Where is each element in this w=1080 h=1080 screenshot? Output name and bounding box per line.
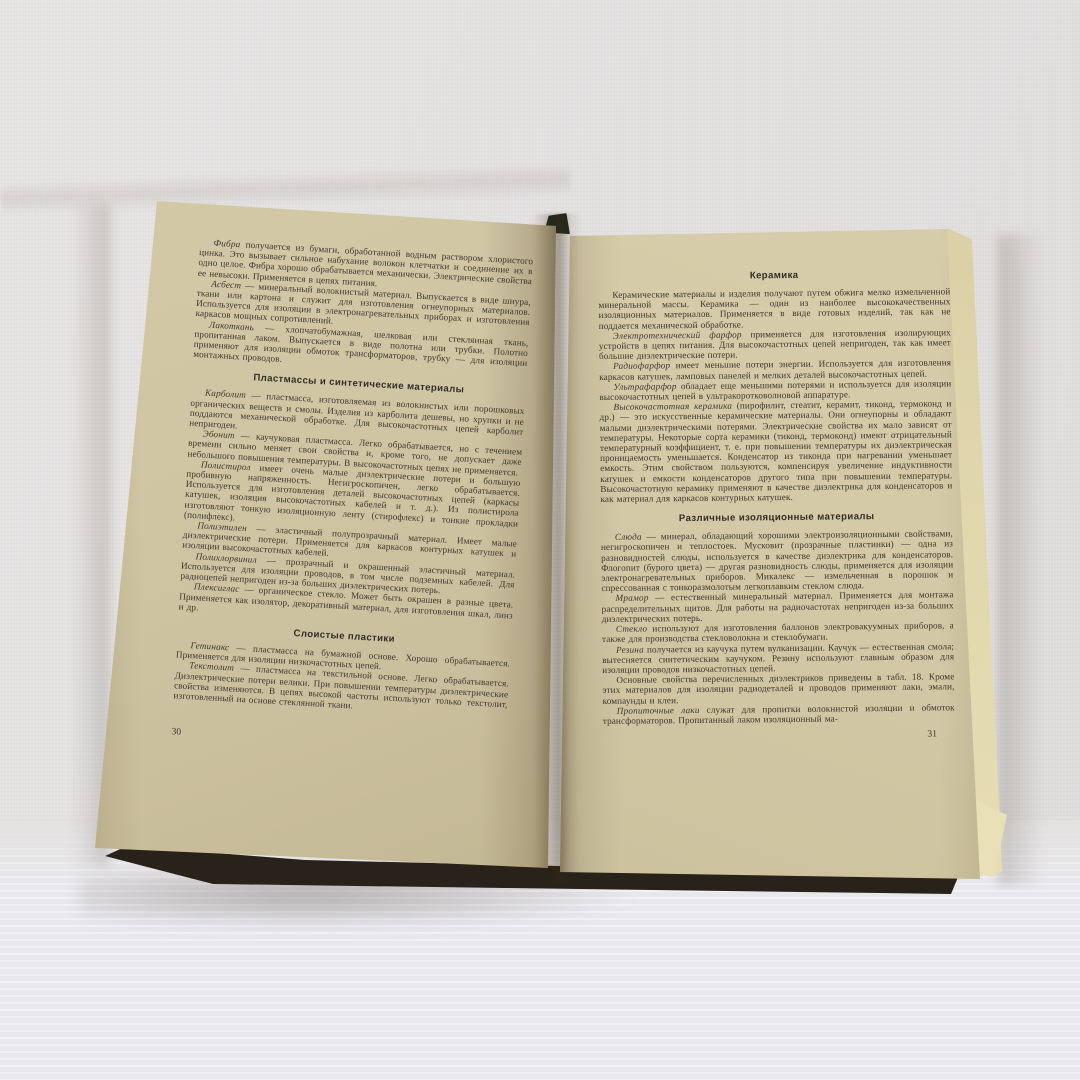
page-number-right: 31 (603, 728, 955, 743)
book-right-soft-shadow (998, 235, 1060, 885)
paragraph-lead: Полихлорвинил (195, 551, 257, 565)
paragraph-lead: Стекло (616, 624, 647, 634)
page-number-left: 30 (171, 726, 505, 756)
paragraph-lead: Мрамор (615, 593, 648, 603)
book-gutter-shadow (533, 214, 581, 882)
paragraph: Высокочастотная керамика (пирофилит, сте… (599, 399, 952, 505)
right-page-text: КерамикаКерамические материалы и изделия… (598, 258, 955, 743)
paragraph: Мрамор — естественный минеральный матери… (601, 590, 953, 624)
paragraph-lead: Асбест (211, 279, 241, 291)
paragraph-lead: Гетинакс (190, 640, 229, 652)
paragraph-lead: Резина (616, 644, 644, 654)
paragraph: Керамические материалы и изделия получаю… (598, 286, 950, 330)
left-page-content: Фибра получается из бумаги, обработанной… (173, 237, 533, 720)
paragraph: Электротехнический фарфор применяется дл… (599, 327, 951, 361)
section-heading: Различные изоляционные материалы (601, 511, 953, 526)
paragraph-lead: Эбонит (202, 429, 235, 441)
photo-open-book-scene: Фибра получается из бумаги, обработанной… (0, 0, 1080, 1080)
paragraph-lead: Лакоткань (209, 319, 255, 332)
right-page: КерамикаКерамические материалы и изделия… (548, 220, 1003, 892)
paragraph-lead: Плексиглас (194, 582, 240, 595)
paragraph-lead: Фибра (213, 238, 240, 250)
paragraph-lead: Радиофарфор (613, 361, 670, 372)
right-page-content: КерамикаКерамические материалы и изделия… (598, 268, 955, 726)
paragraph-lead: Электротехнический фарфор (613, 329, 742, 340)
paragraph: Резина получается из каучука путем вулка… (602, 641, 954, 675)
section-heading: Керамика (598, 268, 950, 283)
book-left-soft-shadow (60, 205, 110, 865)
paragraph-lead: Полистирол (201, 459, 251, 472)
left-page-text: Фибра получается из бумаги, обработанной… (171, 237, 533, 757)
paragraph-lead: Полиэтилен (197, 520, 247, 533)
paragraph-lead: Карболит (205, 388, 247, 400)
paragraph: Пропиточные лаки служат для пропитки вол… (603, 702, 955, 726)
paragraph-lead: Пропиточные лаки (617, 705, 700, 716)
left-page: Фибра получается из бумаги, обработанной… (95, 195, 565, 885)
paragraph-lead: Высокочастотная керамика (613, 401, 732, 412)
paragraph: Слюда — минерал, обладающий хорошими эле… (601, 529, 954, 594)
paragraph: Основные свойства перечисленных диэлектр… (602, 671, 954, 705)
paragraph-lead: Слюда (615, 532, 642, 542)
paragraph-lead: Текстолит (189, 660, 234, 673)
paragraph-lead: Ультрафарфор (613, 381, 676, 392)
